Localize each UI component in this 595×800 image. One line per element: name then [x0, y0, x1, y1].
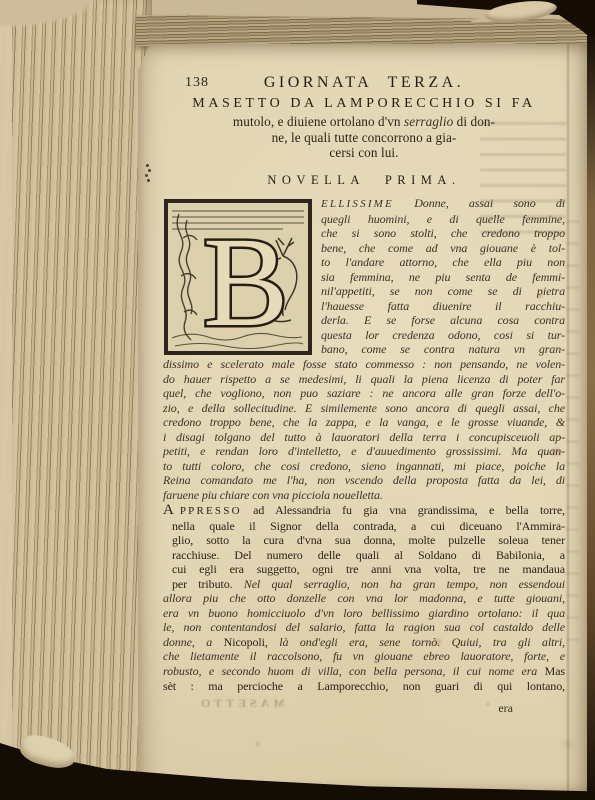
page-number: 138 — [185, 75, 209, 91]
woodcut-initial-B: B — [163, 198, 313, 356]
text-segment: di don- — [453, 114, 495, 129]
book-page: 138 GIORNATA TERZA. MASETTO DA LAMPORECC… — [138, 44, 587, 793]
page-crease — [566, 44, 570, 793]
text-line: credono troppo bene, che la zappa, e la … — [163, 415, 565, 430]
page-edge-right — [587, 36, 595, 800]
text-line: che lietamente il raccolsono, fu vn giou… — [163, 649, 565, 664]
text-line: Reina comandato me l'ha, non vscendo del… — [163, 473, 565, 488]
text-line: faruene piu chiare con vna picciola noue… — [163, 488, 565, 503]
show-through-text: MASETTO — [197, 696, 285, 711]
text-segment: robusto, e secondo huom di villa, con be… — [163, 664, 545, 678]
text-line: donne, a Nicopoli, là ond'egli era, sene… — [163, 635, 565, 650]
text-line: racchiuse. Del numero delle quali al Sol… — [163, 548, 565, 563]
text-line: to tutti coloro, che cosi credono, sieno… — [163, 459, 565, 474]
text-line: i disagi tolgano del tutto à lauoratori … — [163, 430, 565, 445]
text-line: cui egli era suggetto, ogni tre anni vna… — [163, 562, 565, 577]
text-line: zio, e della sollecitudine. E similement… — [163, 401, 565, 416]
text-line: era vn buono homicciuolo d'vn loro belli… — [163, 606, 565, 621]
text-line: quel, che vogliono, non puo saziare : ne… — [163, 386, 565, 401]
lead-text: PPRESSO — [180, 505, 242, 517]
text-segment: mutolo, e diuiene ortolano d'vn — [233, 114, 404, 129]
text-line: mutolo, e diuiene ortolano d'vn serragli… — [163, 114, 565, 130]
text-segment: donne, a — [163, 635, 224, 649]
text-line: nella quale il Signor della contrada, a … — [163, 519, 565, 534]
text-segment: Nicopoli, — [224, 635, 268, 649]
novella-heading: NOVELLA PRIMA. — [163, 173, 565, 188]
initial-text: A — [163, 502, 174, 518]
text-line: cersi con lui. — [163, 145, 565, 161]
text-segment: là ond'egli era, sene tornò. — [268, 635, 452, 649]
catchword: era — [498, 701, 513, 716]
margin-ink-mark — [146, 164, 149, 167]
paragraph-proem: B ELLISSIME Donne, assai sono diquegli h… — [163, 196, 565, 502]
text-line: le, non contentandosi del salario, fatta… — [163, 620, 565, 635]
text-line: sèt : ma percioche a Lamporecchio, non g… — [163, 679, 565, 694]
text-line: robusto, e secondo huom di villa, con be… — [163, 664, 565, 679]
text-segment: Mas — [545, 664, 565, 678]
text-line: per tributo. Nel qual serraglio, non ha … — [163, 577, 565, 592]
drop-cap-letter: B — [203, 211, 288, 353]
text-line: ne, le quali tutte concorrono a gia- — [163, 130, 565, 146]
text-line: APPRESSO ad Alessandria fu gia vna grand… — [163, 503, 565, 519]
text-segment: Donne, assai sono di — [394, 196, 565, 210]
text-segment: serraglio — [404, 114, 453, 129]
lead-text: ELLISSIME — [321, 198, 394, 210]
text-segment: Quiui, tra gli altri, — [452, 635, 565, 649]
text-line: do hauer rispetto a se medesimi, li qual… — [163, 372, 565, 387]
paragraph-story: APPRESSO ad Alessandria fu gia vna grand… — [163, 503, 565, 693]
novella-title-lines: mutolo, e diuiene ortolano d'vn serragli… — [163, 114, 565, 161]
book-photo: 138 GIORNATA TERZA. MASETTO DA LAMPORECC… — [0, 0, 595, 800]
text-segment: per tributo. — [172, 577, 244, 591]
text-line: glio, sotto la cura d'vna sua donna, mol… — [163, 533, 565, 548]
running-head: GIORNATA TERZA. — [163, 74, 565, 92]
text-line: allora piu che otto donzelle con vna lor… — [163, 591, 565, 606]
page-edges-left — [0, 0, 152, 800]
text-segment: Nel qual serraglio, non ha gran tempo, n… — [244, 577, 565, 591]
text-line: petiti, e rendan loro d'intelletto, e d'… — [163, 444, 565, 459]
text-line: dissimo e scelerato male fosse stato com… — [163, 357, 565, 372]
page-header: 138 GIORNATA TERZA. — [163, 74, 565, 94]
text-segment: ad Alessandria fu gia vna grandissima, e… — [242, 503, 565, 517]
text-block: 138 GIORNATA TERZA. MASETTO DA LAMPORECC… — [163, 44, 565, 793]
novella-title-caps: MASETTO DA LAMPORECCHIO SI FA — [163, 96, 565, 112]
